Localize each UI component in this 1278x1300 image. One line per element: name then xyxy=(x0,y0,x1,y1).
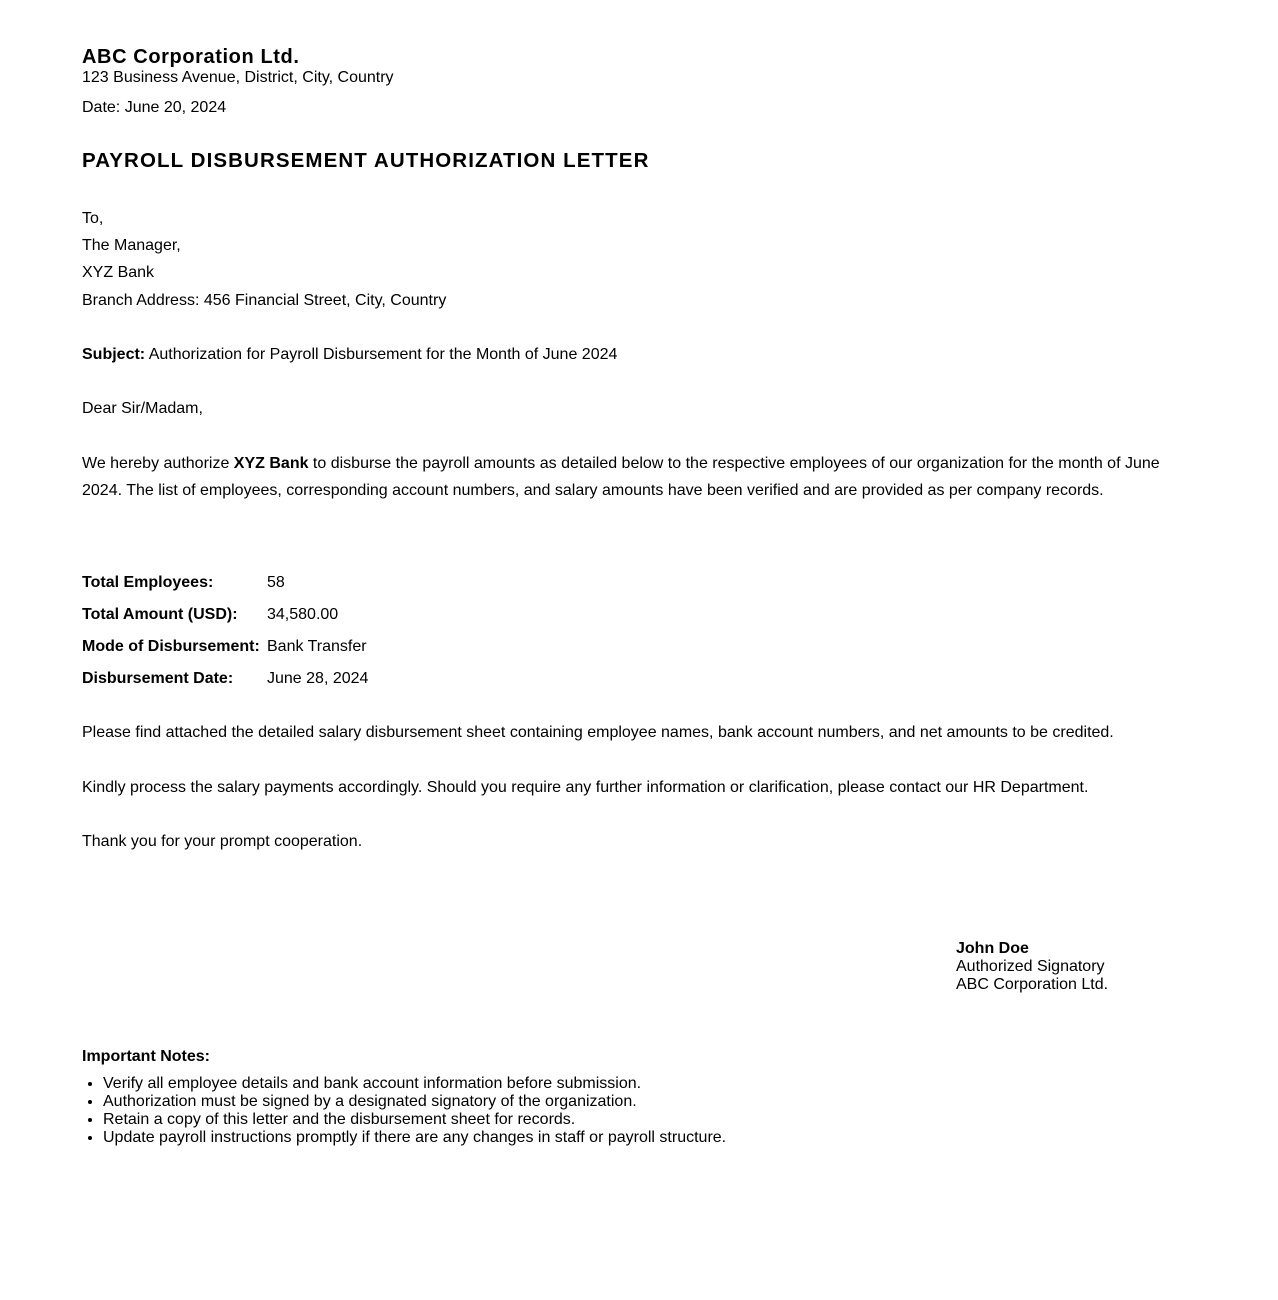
summary-label: Mode of Disbursement: xyxy=(82,638,267,656)
salutation: Dear Sir/Madam, xyxy=(82,400,203,418)
summary-label: Total Amount (USD): xyxy=(82,606,267,624)
signatory-role: Authorized Signatory xyxy=(956,958,1108,976)
summary-value: 58 xyxy=(267,574,285,592)
summary-label: Disbursement Date: xyxy=(82,670,267,688)
note-item: Authorization must be signed by a design… xyxy=(103,1093,726,1111)
subject-label: Subject: xyxy=(82,346,145,363)
note-item: Retain a copy of this letter and the dis… xyxy=(103,1111,726,1129)
body-paragraph-3: Kindly process the salary payments accor… xyxy=(82,779,1088,797)
signature-block: John Doe Authorized Signatory ABC Corpor… xyxy=(956,940,1108,994)
summary-row-date: Disbursement Date:June 28, 2024 xyxy=(82,670,368,688)
note-item: Update payroll instructions promptly if … xyxy=(103,1129,726,1147)
body-paragraph-4: Thank you for your prompt cooperation. xyxy=(82,833,362,851)
summary-value: Bank Transfer xyxy=(267,638,367,656)
recipient-line: The Manager, xyxy=(82,237,181,255)
summary-row-mode: Mode of Disbursement:Bank Transfer xyxy=(82,638,367,656)
note-item: Verify all employee details and bank acc… xyxy=(103,1075,726,1093)
p1-text: We hereby authorize xyxy=(82,455,234,472)
summary-row-amount: Total Amount (USD):34,580.00 xyxy=(82,606,338,624)
notes-title: Important Notes: xyxy=(82,1048,210,1066)
recipient-line: XYZ Bank xyxy=(82,264,154,282)
letter-title: PAYROLL DISBURSEMENT AUTHORIZATION LETTE… xyxy=(82,149,649,173)
letter-date: Date: June 20, 2024 xyxy=(82,99,226,117)
recipient-line: Branch Address: 456 Financial Street, Ci… xyxy=(82,292,446,310)
subject-line: Subject: Authorization for Payroll Disbu… xyxy=(82,346,617,364)
subject-text: Authorization for Payroll Disbursement f… xyxy=(145,346,617,363)
body-paragraph-1: We hereby authorize XYZ Bank to disburse… xyxy=(82,450,1202,504)
summary-row-employees: Total Employees:58 xyxy=(82,574,285,592)
summary-value: 34,580.00 xyxy=(267,606,338,624)
signatory-name: John Doe xyxy=(956,940,1108,958)
notes-list: Verify all employee details and bank acc… xyxy=(82,1075,726,1147)
recipient-line: To, xyxy=(82,210,103,228)
company-address: 123 Business Avenue, District, City, Cou… xyxy=(82,69,394,87)
body-paragraph-2: Please find attached the detailed salary… xyxy=(82,724,1114,742)
bank-name: XYZ Bank xyxy=(234,455,309,472)
company-name: ABC Corporation Ltd. xyxy=(82,46,300,69)
summary-label: Total Employees: xyxy=(82,574,267,592)
summary-value: June 28, 2024 xyxy=(267,670,368,688)
signatory-company: ABC Corporation Ltd. xyxy=(956,976,1108,994)
